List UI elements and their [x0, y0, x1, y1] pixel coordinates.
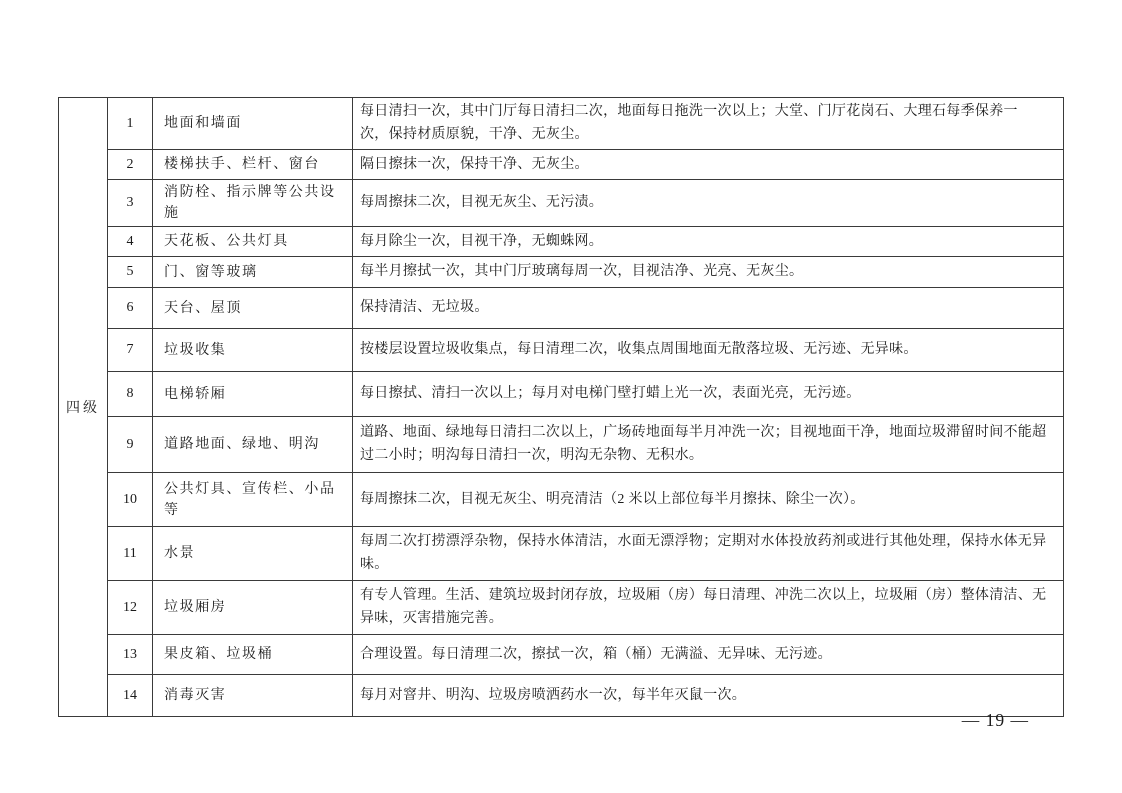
- standard-desc-cell: 每月对窨井、明沟、垃圾房喷洒药水一次，每半年灭鼠一次。: [353, 675, 1064, 717]
- table-row: 14消毒灭害每月对窨井、明沟、垃圾房喷洒药水一次，每半年灭鼠一次。: [59, 675, 1064, 717]
- standard-desc-cell: 每周擦抹二次，目视无灰尘、无污渍。: [353, 180, 1064, 227]
- table-row: 2楼梯扶手、栏杆、窗台隔日擦抹一次，保持干净、无灰尘。: [59, 150, 1064, 180]
- table-row: 5门、窗等玻璃每半月擦拭一次，其中门厅玻璃每周一次，目视洁净、光亮、无灰尘。: [59, 257, 1064, 288]
- table-row: 8电梯轿厢每日擦拭、清扫一次以上；每月对电梯门壁打蜡上光一次，表面光亮，无污迹。: [59, 372, 1064, 417]
- item-name-cell: 消毒灭害: [153, 675, 353, 717]
- standard-desc-cell: 合理设置。每日清理二次，擦拭一次，箱（桶）无满溢、无异味、无污迹。: [353, 635, 1064, 675]
- row-number-cell: 4: [108, 227, 153, 257]
- table-row: 9道路地面、绿地、明沟道路、地面、绿地每日清扫二次以上，广场砖地面每半月冲洗一次…: [59, 417, 1064, 473]
- item-name-cell: 道路地面、绿地、明沟: [153, 417, 353, 473]
- standard-desc-cell: 有专人管理。生活、建筑垃圾封闭存放，垃圾厢（房）每日清理、冲洗二次以上，垃圾厢（…: [353, 581, 1064, 635]
- item-name-cell: 垃圾厢房: [153, 581, 353, 635]
- table-row: 13果皮箱、垃圾桶合理设置。每日清理二次，擦拭一次，箱（桶）无满溢、无异味、无污…: [59, 635, 1064, 675]
- row-number-cell: 7: [108, 329, 153, 372]
- table-row: 12垃圾厢房有专人管理。生活、建筑垃圾封闭存放，垃圾厢（房）每日清理、冲洗二次以…: [59, 581, 1064, 635]
- row-number-cell: 6: [108, 288, 153, 329]
- table-row: 3消防栓、指示牌等公共设施每周擦抹二次，目视无灰尘、无污渍。: [59, 180, 1064, 227]
- item-name-cell: 天台、屋顶: [153, 288, 353, 329]
- standard-desc-cell: 隔日擦抹一次，保持干净、无灰尘。: [353, 150, 1064, 180]
- standard-desc-cell: 道路、地面、绿地每日清扫二次以上，广场砖地面每半月冲洗一次；目视地面干净，地面垃…: [353, 417, 1064, 473]
- item-name-cell: 公共灯具、宣传栏、小品等: [153, 473, 353, 527]
- row-number-cell: 1: [108, 98, 153, 150]
- standard-desc-cell: 每半月擦拭一次，其中门厅玻璃每周一次，目视洁净、光亮、无灰尘。: [353, 257, 1064, 288]
- table-row: 6天台、屋顶保持清洁、无垃圾。: [59, 288, 1064, 329]
- table-row: 11水景每周二次打捞漂浮杂物，保持水体清洁，水面无漂浮物；定期对水体投放药剂或进…: [59, 527, 1064, 581]
- item-name-cell: 消防栓、指示牌等公共设施: [153, 180, 353, 227]
- row-number-cell: 2: [108, 150, 153, 180]
- row-number-cell: 3: [108, 180, 153, 227]
- row-number-cell: 8: [108, 372, 153, 417]
- standard-desc-cell: 按楼层设置垃圾收集点，每日清理二次，收集点周围地面无散落垃圾、无污迹、无异味。: [353, 329, 1064, 372]
- item-name-cell: 天花板、公共灯具: [153, 227, 353, 257]
- row-number-cell: 14: [108, 675, 153, 717]
- level-label-cell: 四级: [59, 98, 108, 717]
- item-name-cell: 电梯轿厢: [153, 372, 353, 417]
- standard-desc-cell: 每周擦抹二次，目视无灰尘、明亮清洁（2 米以上部位每半月擦抹、除尘一次）。: [353, 473, 1064, 527]
- item-name-cell: 果皮箱、垃圾桶: [153, 635, 353, 675]
- row-number-cell: 13: [108, 635, 153, 675]
- row-number-cell: 5: [108, 257, 153, 288]
- document-page: { "page": { "number_display": "— 19 —" }…: [0, 0, 1122, 793]
- table-row: 四级1地面和墙面每日清扫一次，其中门厅每日清扫二次，地面每日拖洗一次以上；大堂、…: [59, 98, 1064, 150]
- standard-desc-cell: 每日清扫一次，其中门厅每日清扫二次，地面每日拖洗一次以上；大堂、门厅花岗石、大理…: [353, 98, 1064, 150]
- item-name-cell: 地面和墙面: [153, 98, 353, 150]
- item-name-cell: 门、窗等玻璃: [153, 257, 353, 288]
- row-number-cell: 9: [108, 417, 153, 473]
- table-row: 10公共灯具、宣传栏、小品等每周擦抹二次，目视无灰尘、明亮清洁（2 米以上部位每…: [59, 473, 1064, 527]
- table-row: 4天花板、公共灯具每月除尘一次，目视干净，无蜘蛛网。: [59, 227, 1064, 257]
- row-number-cell: 11: [108, 527, 153, 581]
- item-name-cell: 楼梯扶手、栏杆、窗台: [153, 150, 353, 180]
- row-number-cell: 12: [108, 581, 153, 635]
- row-number-cell: 10: [108, 473, 153, 527]
- standard-desc-cell: 保持清洁、无垃圾。: [353, 288, 1064, 329]
- item-name-cell: 水景: [153, 527, 353, 581]
- standard-desc-cell: 每日擦拭、清扫一次以上；每月对电梯门壁打蜡上光一次，表面光亮，无污迹。: [353, 372, 1064, 417]
- standard-desc-cell: 每月除尘一次，目视干净，无蜘蛛网。: [353, 227, 1064, 257]
- standard-desc-cell: 每周二次打捞漂浮杂物，保持水体清洁，水面无漂浮物；定期对水体投放药剂或进行其他处…: [353, 527, 1064, 581]
- table-row: 7垃圾收集按楼层设置垃圾收集点，每日清理二次，收集点周围地面无散落垃圾、无污迹、…: [59, 329, 1064, 372]
- item-name-cell: 垃圾收集: [153, 329, 353, 372]
- cleaning-standards-table: 四级1地面和墙面每日清扫一次，其中门厅每日清扫二次，地面每日拖洗一次以上；大堂、…: [58, 97, 1064, 717]
- page-number: — 19 —: [962, 710, 1029, 731]
